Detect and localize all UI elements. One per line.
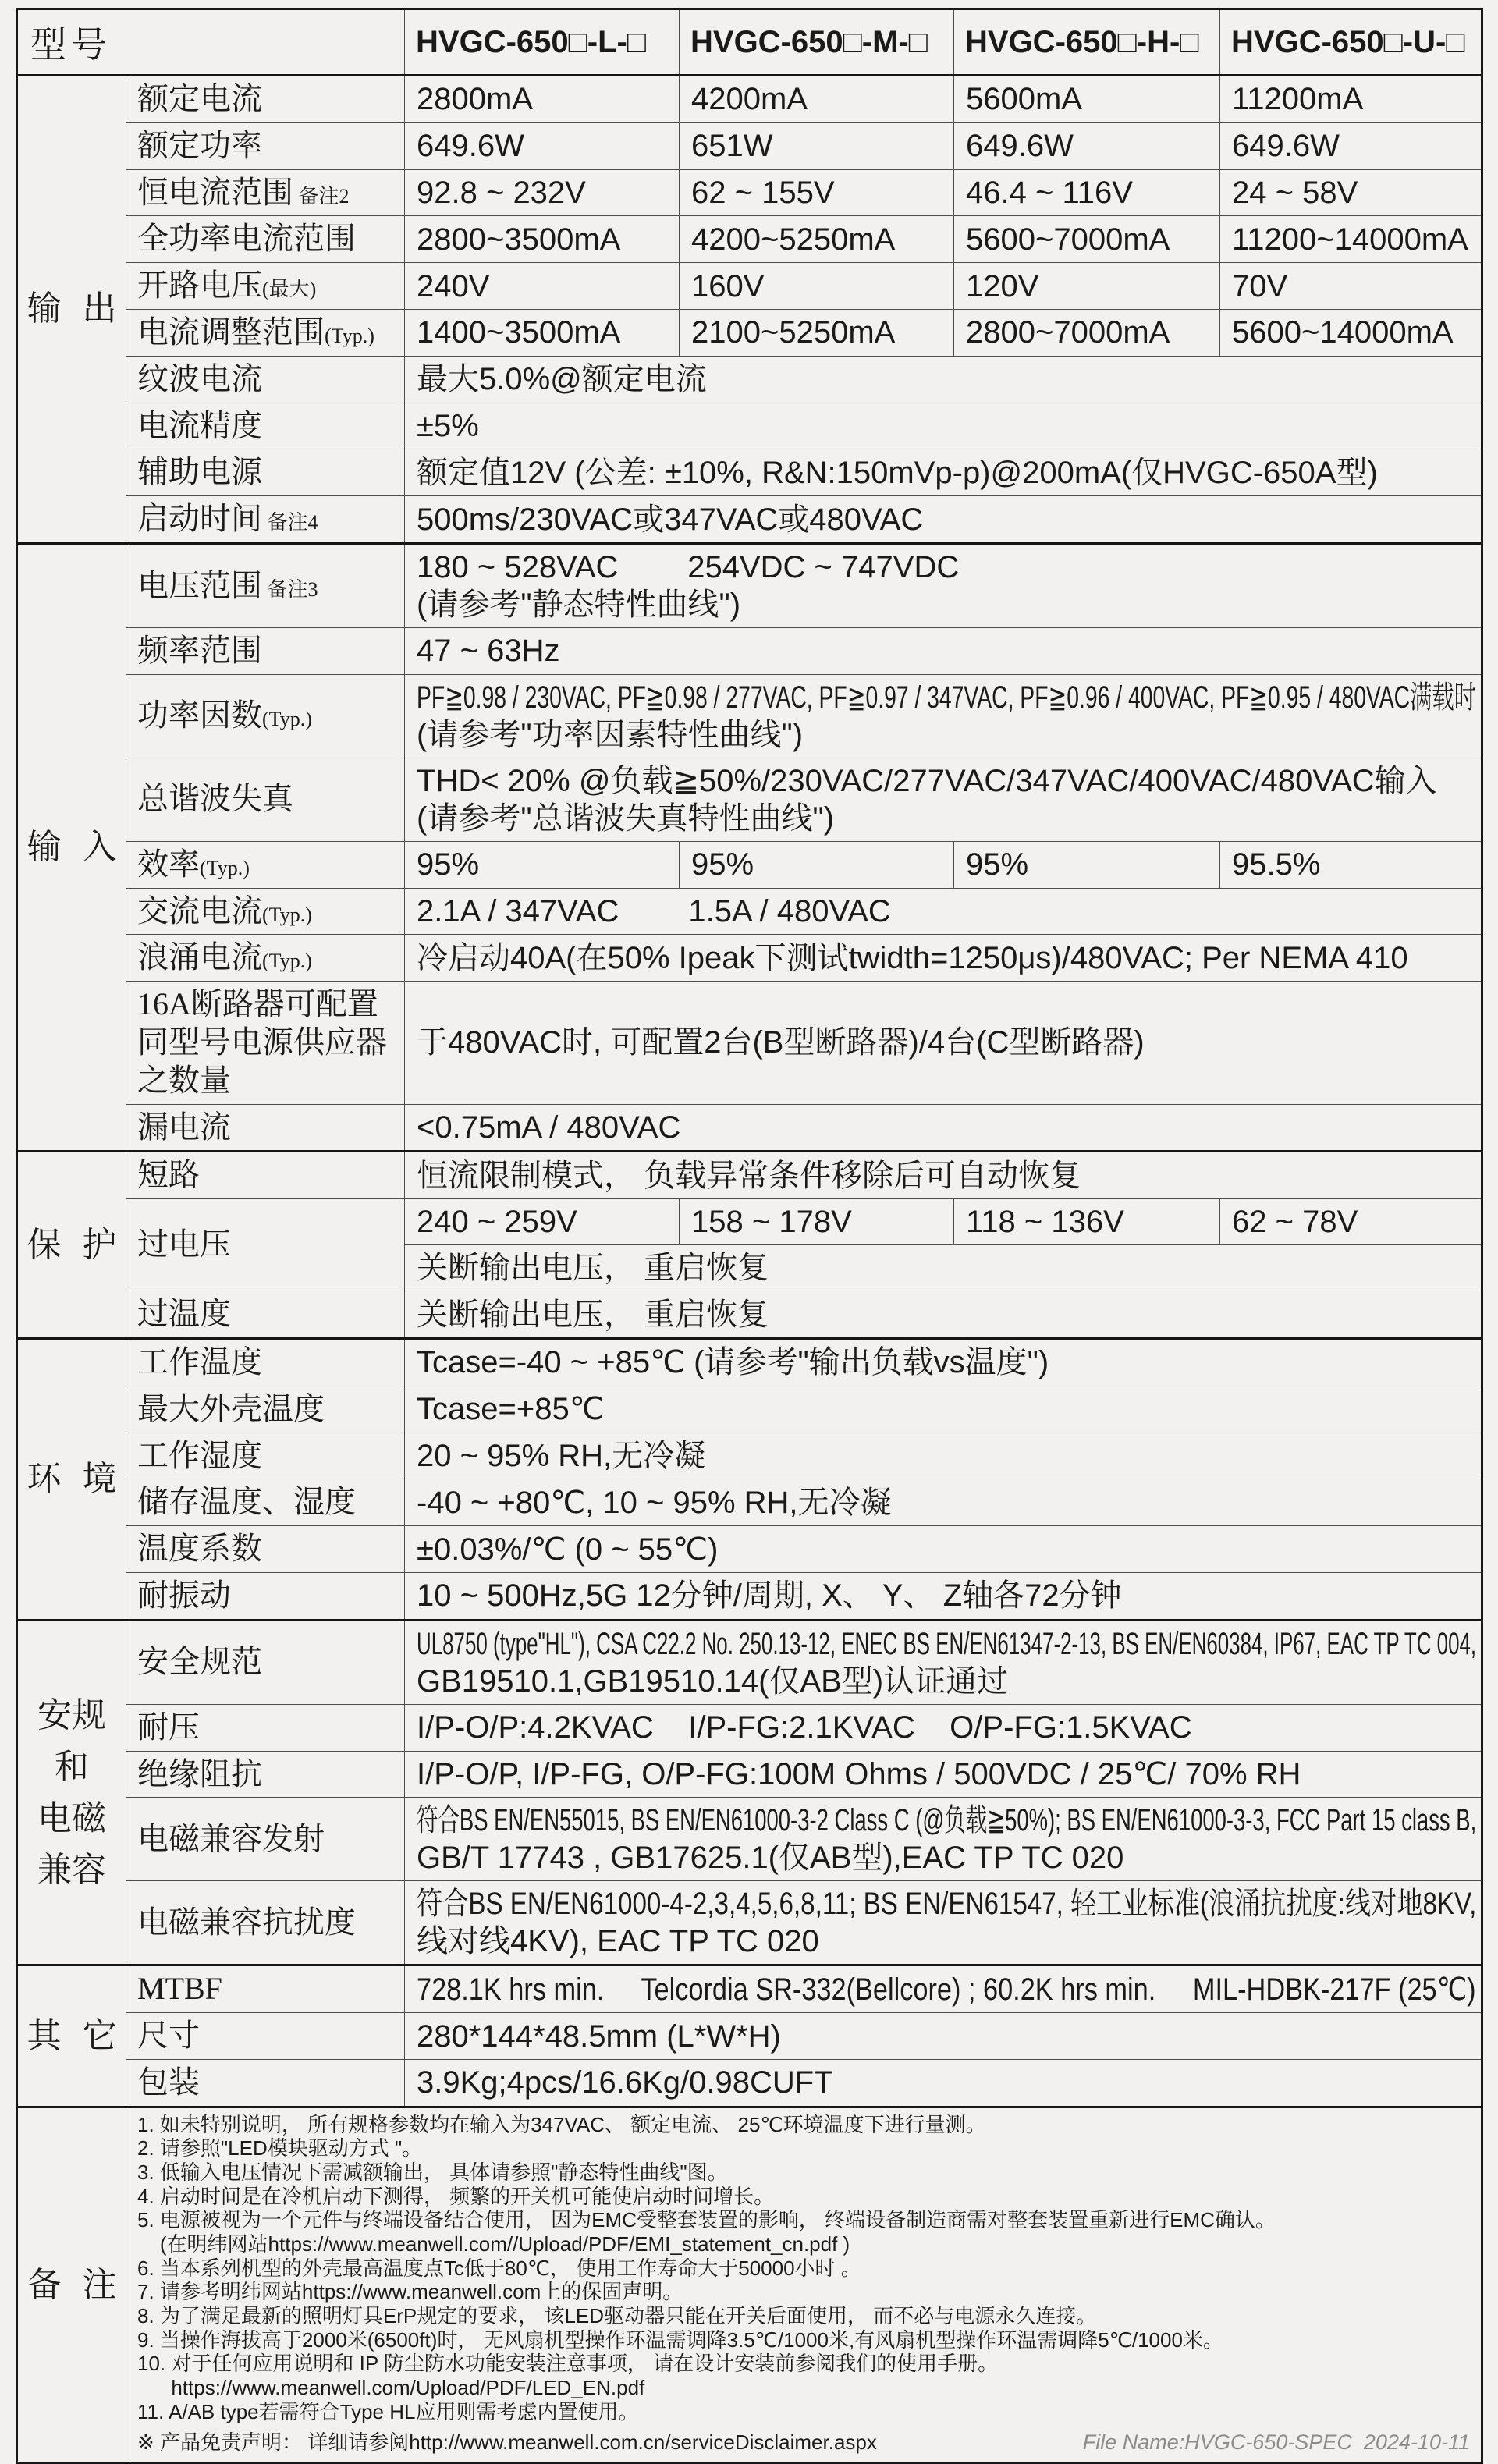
model-name-m: HVGC-650□-M-□ <box>680 9 954 76</box>
spec-row: 输 出额定电流2800mA4200mA5600mA11200mA <box>17 76 1482 123</box>
spec-value-span: ±5% <box>405 403 1482 449</box>
spec-value-span: 关断输出电压， 重启恢复 <box>405 1245 1482 1291</box>
spec-row: 绝缘阻抗I/P-O/P, I/P-FG, O/P-FG:100M Ohms / … <box>17 1751 1482 1798</box>
spec-row: 耐振动10 ~ 500Hz,5G 12分钟/周期, X、 Y、 Z轴各72分钟 <box>17 1572 1482 1620</box>
spec-value-span: PF≧0.98 / 230VAC, PF≧0.98 / 277VAC, PF≧0… <box>405 674 1482 758</box>
spec-row: 电流调整范围(Typ.)1400~3500mA2100~5250mA2800~7… <box>17 309 1482 356</box>
row-label: 额定电流 <box>126 76 405 123</box>
model-name-u: HVGC-650□-U-□ <box>1220 9 1482 76</box>
spec-value-span: 3.9Kg;4pcs/16.6Kg/0.98CUFT <box>405 2059 1482 2107</box>
row-label-note: 备注2 <box>293 185 350 208</box>
section-label-notes: 备 注 <box>17 2107 126 2463</box>
spec-value: 649.6W <box>954 122 1220 169</box>
row-label: 储存温度、湿度 <box>126 1479 405 1526</box>
note-line: 9. 当操作海拔高于2000米(6500ft)时， 无风扇机型操作环温需调降3.… <box>137 2328 1470 2352</box>
row-label: 耐压 <box>126 1704 405 1751</box>
note-line: 6. 当本系列机型的外壳最高温度点Tc低于80℃， 使用工作寿命大于50000小… <box>137 2256 1470 2281</box>
row-label: 耐振动 <box>126 1572 405 1620</box>
row-label: 电流精度 <box>126 403 405 449</box>
row-label: 效率(Typ.) <box>126 841 405 888</box>
spec-row: 储存温度、湿度-40 ~ +80℃, 10 ~ 95% RH,无冷凝 <box>17 1479 1482 1526</box>
spec-value-span: Tcase=-40 ~ +85℃ (请参考"输出负载vs温度") <box>405 1338 1482 1386</box>
note-line: https://www.meanwell.com/Upload/PDF/LED_… <box>137 2376 1470 2400</box>
section-label-protection: 保 护 <box>17 1152 126 1339</box>
spec-value: 2800mA <box>405 76 680 123</box>
row-label: 短路 <box>126 1152 405 1199</box>
row-label: 全功率电流范围 <box>126 216 405 263</box>
spec-value-span: 10 ~ 500Hz,5G 12分钟/周期, X、 Y、 Z轴各72分钟 <box>405 1572 1482 1620</box>
spec-value: 11200~14000mA <box>1220 216 1482 263</box>
note-line: 11. A/AB type若需符合Type HL应用则需考虑内置使用。 <box>137 2400 1470 2424</box>
row-label-note: 备注4 <box>262 511 318 534</box>
row-label: 16A断路器可配置同型号电源供应器之数量 <box>126 982 405 1104</box>
spec-value-span: <0.75mA / 480VAC <box>405 1104 1482 1152</box>
row-label: 过温度 <box>126 1291 405 1339</box>
spec-value-span: 47 ~ 63Hz <box>405 627 1482 674</box>
spec-value: 2800~3500mA <box>405 216 680 263</box>
spec-row: 工作湿度20 ~ 95% RH,无冷凝 <box>17 1433 1482 1479</box>
spec-value-span: 728.1K hrs min. Telcordia SR-332(Bellcor… <box>405 1965 1482 2013</box>
spec-value: 95% <box>405 841 680 888</box>
spec-row: 保 护短路恒流限制模式， 负载异常条件移除后可自动恢复 <box>17 1152 1482 1199</box>
spec-value-span: 额定值12V (公差: ±10%, R&N:150mVp-p)@200mA(仅H… <box>405 449 1482 496</box>
spec-value: 4200~5250mA <box>680 216 954 263</box>
section-label-others: 其 它 <box>17 1965 126 2107</box>
spec-row: 过温度关断输出电压， 重启恢复 <box>17 1291 1482 1339</box>
spec-value: 5600~7000mA <box>954 216 1220 263</box>
spec-value: 649.6W <box>405 122 680 169</box>
row-label-note: (Typ.) <box>262 904 312 926</box>
spec-table: 型号 HVGC-650□-L-□ HVGC-650□-M-□ HVGC-650□… <box>16 8 1483 2464</box>
notes-row: 备 注1. 如未特别说明， 所有规格参数均在输入为347VAC、 额定电流、 2… <box>17 2107 1482 2463</box>
spec-value: 46.4 ~ 116V <box>954 169 1220 216</box>
spec-row: 电磁兼容发射符合BS EN/EN55015, BS EN/EN61000-3-2… <box>17 1798 1482 1881</box>
spec-value: 70V <box>1220 263 1482 310</box>
spec-row: 过电压240 ~ 259V158 ~ 178V118 ~ 136V62 ~ 78… <box>17 1199 1482 1245</box>
note-line: 4. 启动时间是在冷机启动下测得， 频繁的开关机可能使启动时间增长。 <box>137 2185 1470 2209</box>
note-line: 5. 电源被视为一个元件与终端设备结合使用， 因为EMC受整套装置的影响， 终端… <box>137 2208 1470 2232</box>
note-line: 3. 低输入电压情况下需减额输出， 具体请参照"静态特性曲线"图。 <box>137 2160 1470 2185</box>
spec-value: 4200mA <box>680 76 954 123</box>
spec-value: 120V <box>954 263 1220 310</box>
spec-row: 频率范围47 ~ 63Hz <box>17 627 1482 674</box>
row-label: MTBF <box>126 1965 405 2013</box>
row-label: 工作湿度 <box>126 1433 405 1479</box>
row-label-note: (Typ.) <box>262 708 312 730</box>
spec-row: 电磁兼容抗扰度符合BS EN/EN61000-4-2,3,4,5,6,8,11;… <box>17 1881 1482 1965</box>
spec-row: 漏电流<0.75mA / 480VAC <box>17 1104 1482 1152</box>
spec-value: 649.6W <box>1220 122 1482 169</box>
spec-row: 恒电流范围 备注292.8 ~ 232V62 ~ 155V46.4 ~ 116V… <box>17 169 1482 216</box>
disclaimer-text: ※ 产品免责声明： 详细请参阅http://www.meanwell.com.c… <box>137 2427 877 2455</box>
row-label: 过电压 <box>126 1199 405 1291</box>
row-label: 额定功率 <box>126 122 405 169</box>
spec-row: 电流精度±5% <box>17 403 1482 449</box>
spec-row: 开路电压(最大)240V160V120V70V <box>17 263 1482 310</box>
section-label-input: 输 入 <box>17 543 126 1151</box>
spec-row: 浪涌电流(Typ.)冷启动40A(在50% Ipeak下测试twidth=125… <box>17 935 1482 982</box>
spec-row: 安规 和 电磁 兼容安全规范UL8750 (type"HL"), CSA C22… <box>17 1620 1482 1704</box>
spec-row: 温度系数±0.03%/℃ (0 ~ 55℃) <box>17 1526 1482 1573</box>
spec-value: 11200mA <box>1220 76 1482 123</box>
row-label: 浪涌电流(Typ.) <box>126 935 405 982</box>
row-label: 交流电流(Typ.) <box>126 888 405 935</box>
model-name-l: HVGC-650□-L-□ <box>405 9 680 76</box>
row-label: 电流调整范围(Typ.) <box>126 309 405 356</box>
section-label-output: 输 出 <box>17 76 126 544</box>
model-header-label: 型号 <box>17 9 405 76</box>
row-label: 温度系数 <box>126 1526 405 1573</box>
spec-row: 输 入电压范围 备注3180 ~ 528VAC 254VDC ~ 747VDC(… <box>17 543 1482 627</box>
spec-value: 240 ~ 259V <box>405 1199 680 1245</box>
note-line: 2. 请参照"LED模块驱动方式 "。 <box>137 2136 1470 2160</box>
spec-row: 包装3.9Kg;4pcs/16.6Kg/0.98CUFT <box>17 2059 1482 2107</box>
spec-row: 纹波电流最大5.0%@额定电流 <box>17 356 1482 403</box>
model-name-h: HVGC-650□-H-□ <box>954 9 1220 76</box>
spec-value: 24 ~ 58V <box>1220 169 1482 216</box>
spec-value-span: 2.1A / 347VAC 1.5A / 480VAC <box>405 888 1482 935</box>
header-row: 型号 HVGC-650□-L-□ HVGC-650□-M-□ HVGC-650□… <box>17 9 1482 76</box>
spec-value-span: UL8750 (type"HL"), CSA C22.2 No. 250.13-… <box>405 1620 1482 1704</box>
spec-value-span: I/P-O/P:4.2KVAC I/P-FG:2.1KVAC O/P-FG:1.… <box>405 1704 1482 1751</box>
spec-value: 95% <box>954 841 1220 888</box>
spec-value: 62 ~ 155V <box>680 169 954 216</box>
row-label-note: (Typ.) <box>200 857 250 879</box>
spec-row: 其 它MTBF728.1K hrs min. Telcordia SR-332(… <box>17 1965 1482 2013</box>
spec-value-span: 最大5.0%@额定电流 <box>405 356 1482 403</box>
spec-value: 92.8 ~ 232V <box>405 169 680 216</box>
row-label: 工作温度 <box>126 1338 405 1386</box>
section-label-environment: 环 境 <box>17 1338 126 1620</box>
spec-value-span: 符合BS EN/EN55015, BS EN/EN61000-3-2 Class… <box>405 1798 1482 1881</box>
spec-value: 118 ~ 136V <box>954 1199 1220 1245</box>
notes-footer: ※ 产品免责声明： 详细请参阅http://www.meanwell.com.c… <box>137 2427 1470 2455</box>
spec-sheet-page: 型号 HVGC-650□-L-□ HVGC-650□-M-□ HVGC-650□… <box>0 0 1498 2464</box>
spec-value-span: 冷启动40A(在50% Ipeak下测试twidth=1250μs)/480VA… <box>405 935 1482 982</box>
spec-value: 651W <box>680 122 954 169</box>
spec-value: 95.5% <box>1220 841 1482 888</box>
spec-value: 1400~3500mA <box>405 309 680 356</box>
spec-row: 总谐波失真THD< 20% @负载≧50%/230VAC/277VAC/347V… <box>17 758 1482 841</box>
row-label: 安全规范 <box>126 1620 405 1704</box>
row-label: 最大外壳温度 <box>126 1386 405 1433</box>
spec-row: 尺寸280*144*48.5mm (L*W*H) <box>17 2013 1482 2060</box>
note-line: 1. 如未特别说明， 所有规格参数均在输入为347VAC、 额定电流、 25℃环… <box>137 2113 1470 2137</box>
row-label: 包装 <box>126 2059 405 2107</box>
spec-row: 环 境工作温度Tcase=-40 ~ +85℃ (请参考"输出负载vs温度") <box>17 1338 1482 1386</box>
spec-row: 16A断路器可配置同型号电源供应器之数量于480VAC时, 可配置2台(B型断路… <box>17 982 1482 1104</box>
row-label: 恒电流范围 备注2 <box>126 169 405 216</box>
spec-row: 交流电流(Typ.)2.1A / 347VAC 1.5A / 480VAC <box>17 888 1482 935</box>
row-label-note: (Typ.) <box>262 950 312 972</box>
row-label: 漏电流 <box>126 1104 405 1152</box>
row-label: 启动时间 备注4 <box>126 496 405 544</box>
spec-row: 耐压I/P-O/P:4.2KVAC I/P-FG:2.1KVAC O/P-FG:… <box>17 1704 1482 1751</box>
note-line: 7. 请参考明纬网站https://www.meanwell.com上的保固声明… <box>137 2280 1470 2304</box>
spec-value: 5600~14000mA <box>1220 309 1482 356</box>
spec-value: 2800~7000mA <box>954 309 1220 356</box>
spec-row: 全功率电流范围2800~3500mA4200~5250mA5600~7000mA… <box>17 216 1482 263</box>
row-label: 电压范围 备注3 <box>126 543 405 627</box>
row-label-note: 备注3 <box>262 578 318 601</box>
spec-row: 启动时间 备注4500ms/230VAC或347VAC或480VAC <box>17 496 1482 544</box>
row-label: 功率因数(Typ.) <box>126 674 405 758</box>
note-line: 10. 对于任何应用说明和 IP 防尘防水功能安装注意事项， 请在设计安装前参阅… <box>137 2352 1470 2376</box>
spec-value-span: 500ms/230VAC或347VAC或480VAC <box>405 496 1482 544</box>
spec-value-span: THD< 20% @负载≧50%/230VAC/277VAC/347VAC/40… <box>405 758 1482 841</box>
spec-value: 158 ~ 178V <box>680 1199 954 1245</box>
row-label: 绝缘阻抗 <box>126 1751 405 1798</box>
row-label: 电磁兼容抗扰度 <box>126 1881 405 1965</box>
file-name: File Name:HVGC-650-SPEC 2024-10-11 <box>1083 2430 1470 2455</box>
spec-value: 2100~5250mA <box>680 309 954 356</box>
spec-value: 160V <box>680 263 954 310</box>
spec-value-span: I/P-O/P, I/P-FG, O/P-FG:100M Ohms / 500V… <box>405 1751 1482 1798</box>
spec-row: 额定功率649.6W651W649.6W649.6W <box>17 122 1482 169</box>
spec-value: 95% <box>680 841 954 888</box>
row-label: 电磁兼容发射 <box>126 1798 405 1881</box>
spec-value-span: 20 ~ 95% RH,无冷凝 <box>405 1433 1482 1479</box>
spec-value-span: 于480VAC时, 可配置2台(B型断路器)/4台(C型断路器) <box>405 982 1482 1104</box>
spec-value-span: 280*144*48.5mm (L*W*H) <box>405 2013 1482 2060</box>
row-label: 开路电压(最大) <box>126 263 405 310</box>
spec-value-span: 关断输出电压， 重启恢复 <box>405 1291 1482 1339</box>
row-label-note: (最大) <box>262 278 316 300</box>
row-label: 总谐波失真 <box>126 758 405 841</box>
row-label: 尺寸 <box>126 2013 405 2060</box>
note-line: (在明纬网站https://www.meanwell.com//Upload/P… <box>137 2232 1470 2256</box>
spec-value-span: -40 ~ +80℃, 10 ~ 95% RH,无冷凝 <box>405 1479 1482 1526</box>
spec-value-span: ±0.03%/℃ (0 ~ 55℃) <box>405 1526 1482 1573</box>
spec-row: 功率因数(Typ.)PF≧0.98 / 230VAC, PF≧0.98 / 27… <box>17 674 1482 758</box>
spec-value-span: 恒流限制模式， 负载异常条件移除后可自动恢复 <box>405 1152 1482 1199</box>
spec-value-span: Tcase=+85℃ <box>405 1386 1482 1433</box>
row-label: 辅助电源 <box>126 449 405 496</box>
spec-value-span: 符合BS EN/EN61000-4-2,3,4,5,6,8,11; BS EN/… <box>405 1881 1482 1965</box>
spec-value: 62 ~ 78V <box>1220 1199 1482 1245</box>
row-label: 频率范围 <box>126 627 405 674</box>
row-label-note: (Typ.) <box>325 325 374 347</box>
spec-row: 最大外壳温度Tcase=+85℃ <box>17 1386 1482 1433</box>
note-line: 8. 为了满足最新的照明灯具ErP规定的要求， 该LED驱动器只能在开关后面使用… <box>137 2304 1470 2328</box>
section-label-safety-emc: 安规 和 电磁 兼容 <box>17 1620 126 1965</box>
spec-value: 240V <box>405 263 680 310</box>
row-label: 纹波电流 <box>126 356 405 403</box>
notes-content: 1. 如未特别说明， 所有规格参数均在输入为347VAC、 额定电流、 25℃环… <box>126 2107 1482 2463</box>
spec-value: 5600mA <box>954 76 1220 123</box>
spec-row: 辅助电源额定值12V (公差: ±10%, R&N:150mVp-p)@200m… <box>17 449 1482 496</box>
spec-row: 效率(Typ.)95%95%95%95.5% <box>17 841 1482 888</box>
spec-value-span: 180 ~ 528VAC 254VDC ~ 747VDC(请参考"静态特性曲线"… <box>405 543 1482 627</box>
